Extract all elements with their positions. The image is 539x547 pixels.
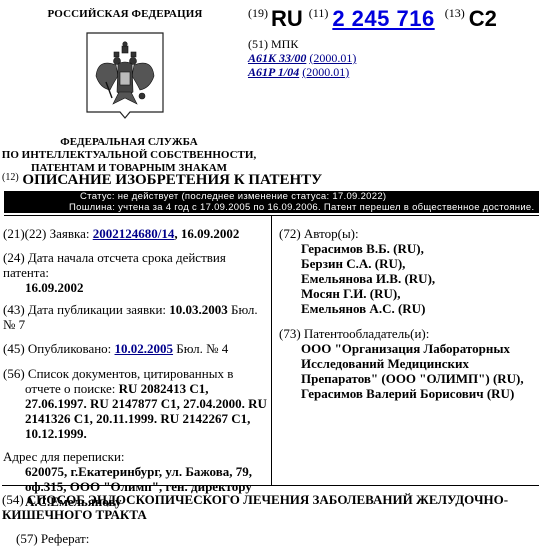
bulletin: Бюл. № 4 [173,341,228,356]
ipc-class-link[interactable]: A61P 1/04 [248,65,299,79]
author-item: Мосян Г.И. (RU), [301,286,539,301]
field-published: (45) Опубликовано: 10.02.2005 Бюл. № 4 [3,341,269,356]
field-cited-documents: (56) Список документов, цитированных в о… [3,366,269,441]
author-item: Берзин С.А. (RU), [301,256,539,271]
ipc-class-row: A61K 33/00 (2000.01) [248,51,497,65]
app-publication-date: 10.03.2003 [169,302,228,317]
patent-number-link[interactable]: 2 245 716 [332,6,434,31]
owner-item: Герасимов Валерий Борисович (RU) [301,386,539,401]
published-date-link[interactable]: 10.02.2005 [115,341,174,356]
ipc-version-link[interactable]: (2000.01) [309,51,356,65]
status-bar: Статус: не действует (последнее изменени… [4,191,539,213]
field-term-start: (24) Дата начала отсчета срока действия … [3,250,269,295]
country-code: RU [271,6,303,31]
abstract-label: (57) Реферат: [16,531,89,547]
owners-list: ООО "Организация Лабораторных Исследован… [279,341,539,401]
invention-title-text: СПОСОБ ЭНДОСКОПИЧЕСКОГО ЛЕЧЕНИЯ ЗАБОЛЕВА… [2,492,508,522]
ipc-version-link[interactable]: (2000.01) [302,65,349,79]
author-item: Герасимов В.Б. (RU), [301,241,539,256]
inid-code-13: (13) [445,6,465,20]
bibliographic-right-column: (72) Автор(ы): Герасимов В.Б. (RU), Берз… [279,226,539,401]
inid-code-11: (11) [309,6,329,20]
invention-title: (54) СПОСОБ ЭНДОСКОПИЧЕСКОГО ЛЕЧЕНИЯ ЗАБ… [2,492,532,522]
field-label: (21)(22) Заявка: [3,226,93,241]
country-name: РОССИЙСКАЯ ФЕДЕРАЦИЯ [0,8,250,20]
agency-line: ПО ИНТЕЛЛЕКТУАЛЬНОЙ СОБСТВЕННОСТИ, [0,149,258,162]
agency-line: ФЕДЕРАЛЬНАЯ СЛУЖБА [0,136,258,149]
application-date: , 16.09.2002 [174,226,239,241]
authors-list: Герасимов В.Б. (RU), Берзин С.А. (RU), Е… [279,241,539,316]
inid-code-54: (54) [2,492,27,507]
ipc-class-row: A61P 1/04 (2000.01) [248,65,497,79]
ipc-class-link[interactable]: A61K 33/00 [248,51,306,65]
field-application: (21)(22) Заявка: 2002124680/14, 16.09.20… [3,226,269,241]
field-label: (43) Дата публикации заявки: [3,302,169,317]
field-label: Адрес для переписки: [3,449,269,464]
fee-status-line: Пошлина: учтена за 4 год с 17.09.2005 по… [69,202,534,213]
inid-code-12: (12) [2,172,19,183]
header-right: (19)RU(11)2 245 716(13)C2 (51) МПК A61K … [248,5,497,79]
kind-code: C2 [469,6,497,31]
field-app-publication: (43) Дата публикации заявки: 10.03.2003 … [3,302,269,332]
field-label: (72) Автор(ы): [279,226,539,241]
agency-name: ФЕДЕРАЛЬНАЯ СЛУЖБА ПО ИНТЕЛЛЕКТУАЛЬНОЙ С… [0,136,258,175]
inid-code-19: (19) [248,6,268,20]
author-item: Емельянов А.С. (RU) [301,301,539,316]
field-label: (24) Дата начала отсчета срока действия … [3,250,269,280]
field-owners: (73) Патентообладатель(и): ООО "Организа… [279,326,539,401]
russian-coat-of-arms-icon [86,32,164,128]
column-divider [271,216,272,485]
ipc-section: (51) МПК A61K 33/00 (2000.01) A61P 1/04 … [248,37,497,79]
author-item: Емельянова И.В. (RU), [301,271,539,286]
field-label: (45) Опубликовано: [3,341,115,356]
status-line: Статус: не действует (последнее изменени… [80,191,386,202]
owner-item: ООО "Организация Лабораторных Исследован… [301,341,539,386]
patent-number-row: (19)RU(11)2 245 716(13)C2 [248,5,497,33]
field-authors: (72) Автор(ы): Герасимов В.Б. (RU), Берз… [279,226,539,316]
bibliographic-left-column: (21)(22) Заявка: 2002124680/14, 16.09.20… [3,226,269,518]
application-number-link[interactable]: 2002124680/14 [93,226,175,241]
term-start-date: 16.09.2002 [25,280,84,295]
ipc-label: (51) МПК [248,37,497,51]
field-label: (73) Патентообладатель(и): [279,326,539,341]
document-title-text: ОПИСАНИЕ ИЗОБРЕТЕНИЯ К ПАТЕНТУ [22,172,322,188]
document-title: (12) ОПИСАНИЕ ИЗОБРЕТЕНИЯ К ПАТЕНТУ [2,172,322,189]
